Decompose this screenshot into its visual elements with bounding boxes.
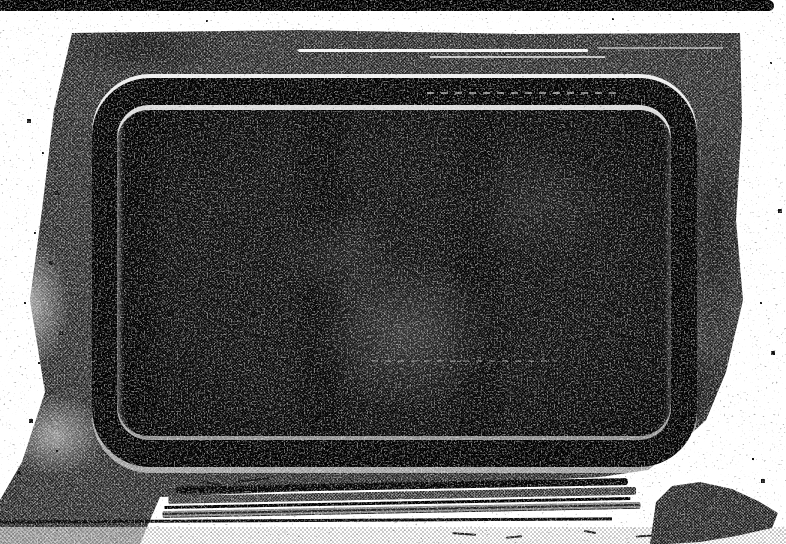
interior-scratch-marks bbox=[372, 360, 557, 362]
photo-top-edge-bar bbox=[0, 0, 774, 11]
surface-mark bbox=[452, 532, 476, 536]
tray-rim bbox=[92, 78, 697, 467]
tray-interior bbox=[117, 105, 671, 440]
fabric-crease-line bbox=[298, 49, 588, 52]
fabric-crease-line bbox=[430, 56, 605, 58]
scanned-photo-page bbox=[0, 0, 786, 544]
rim-scratch-marks bbox=[427, 92, 617, 94]
surface-mark bbox=[584, 530, 596, 534]
fabric-crease-line bbox=[598, 47, 723, 49]
surface-mark bbox=[506, 535, 522, 539]
margin-scan-speckles bbox=[0, 0, 2, 2]
